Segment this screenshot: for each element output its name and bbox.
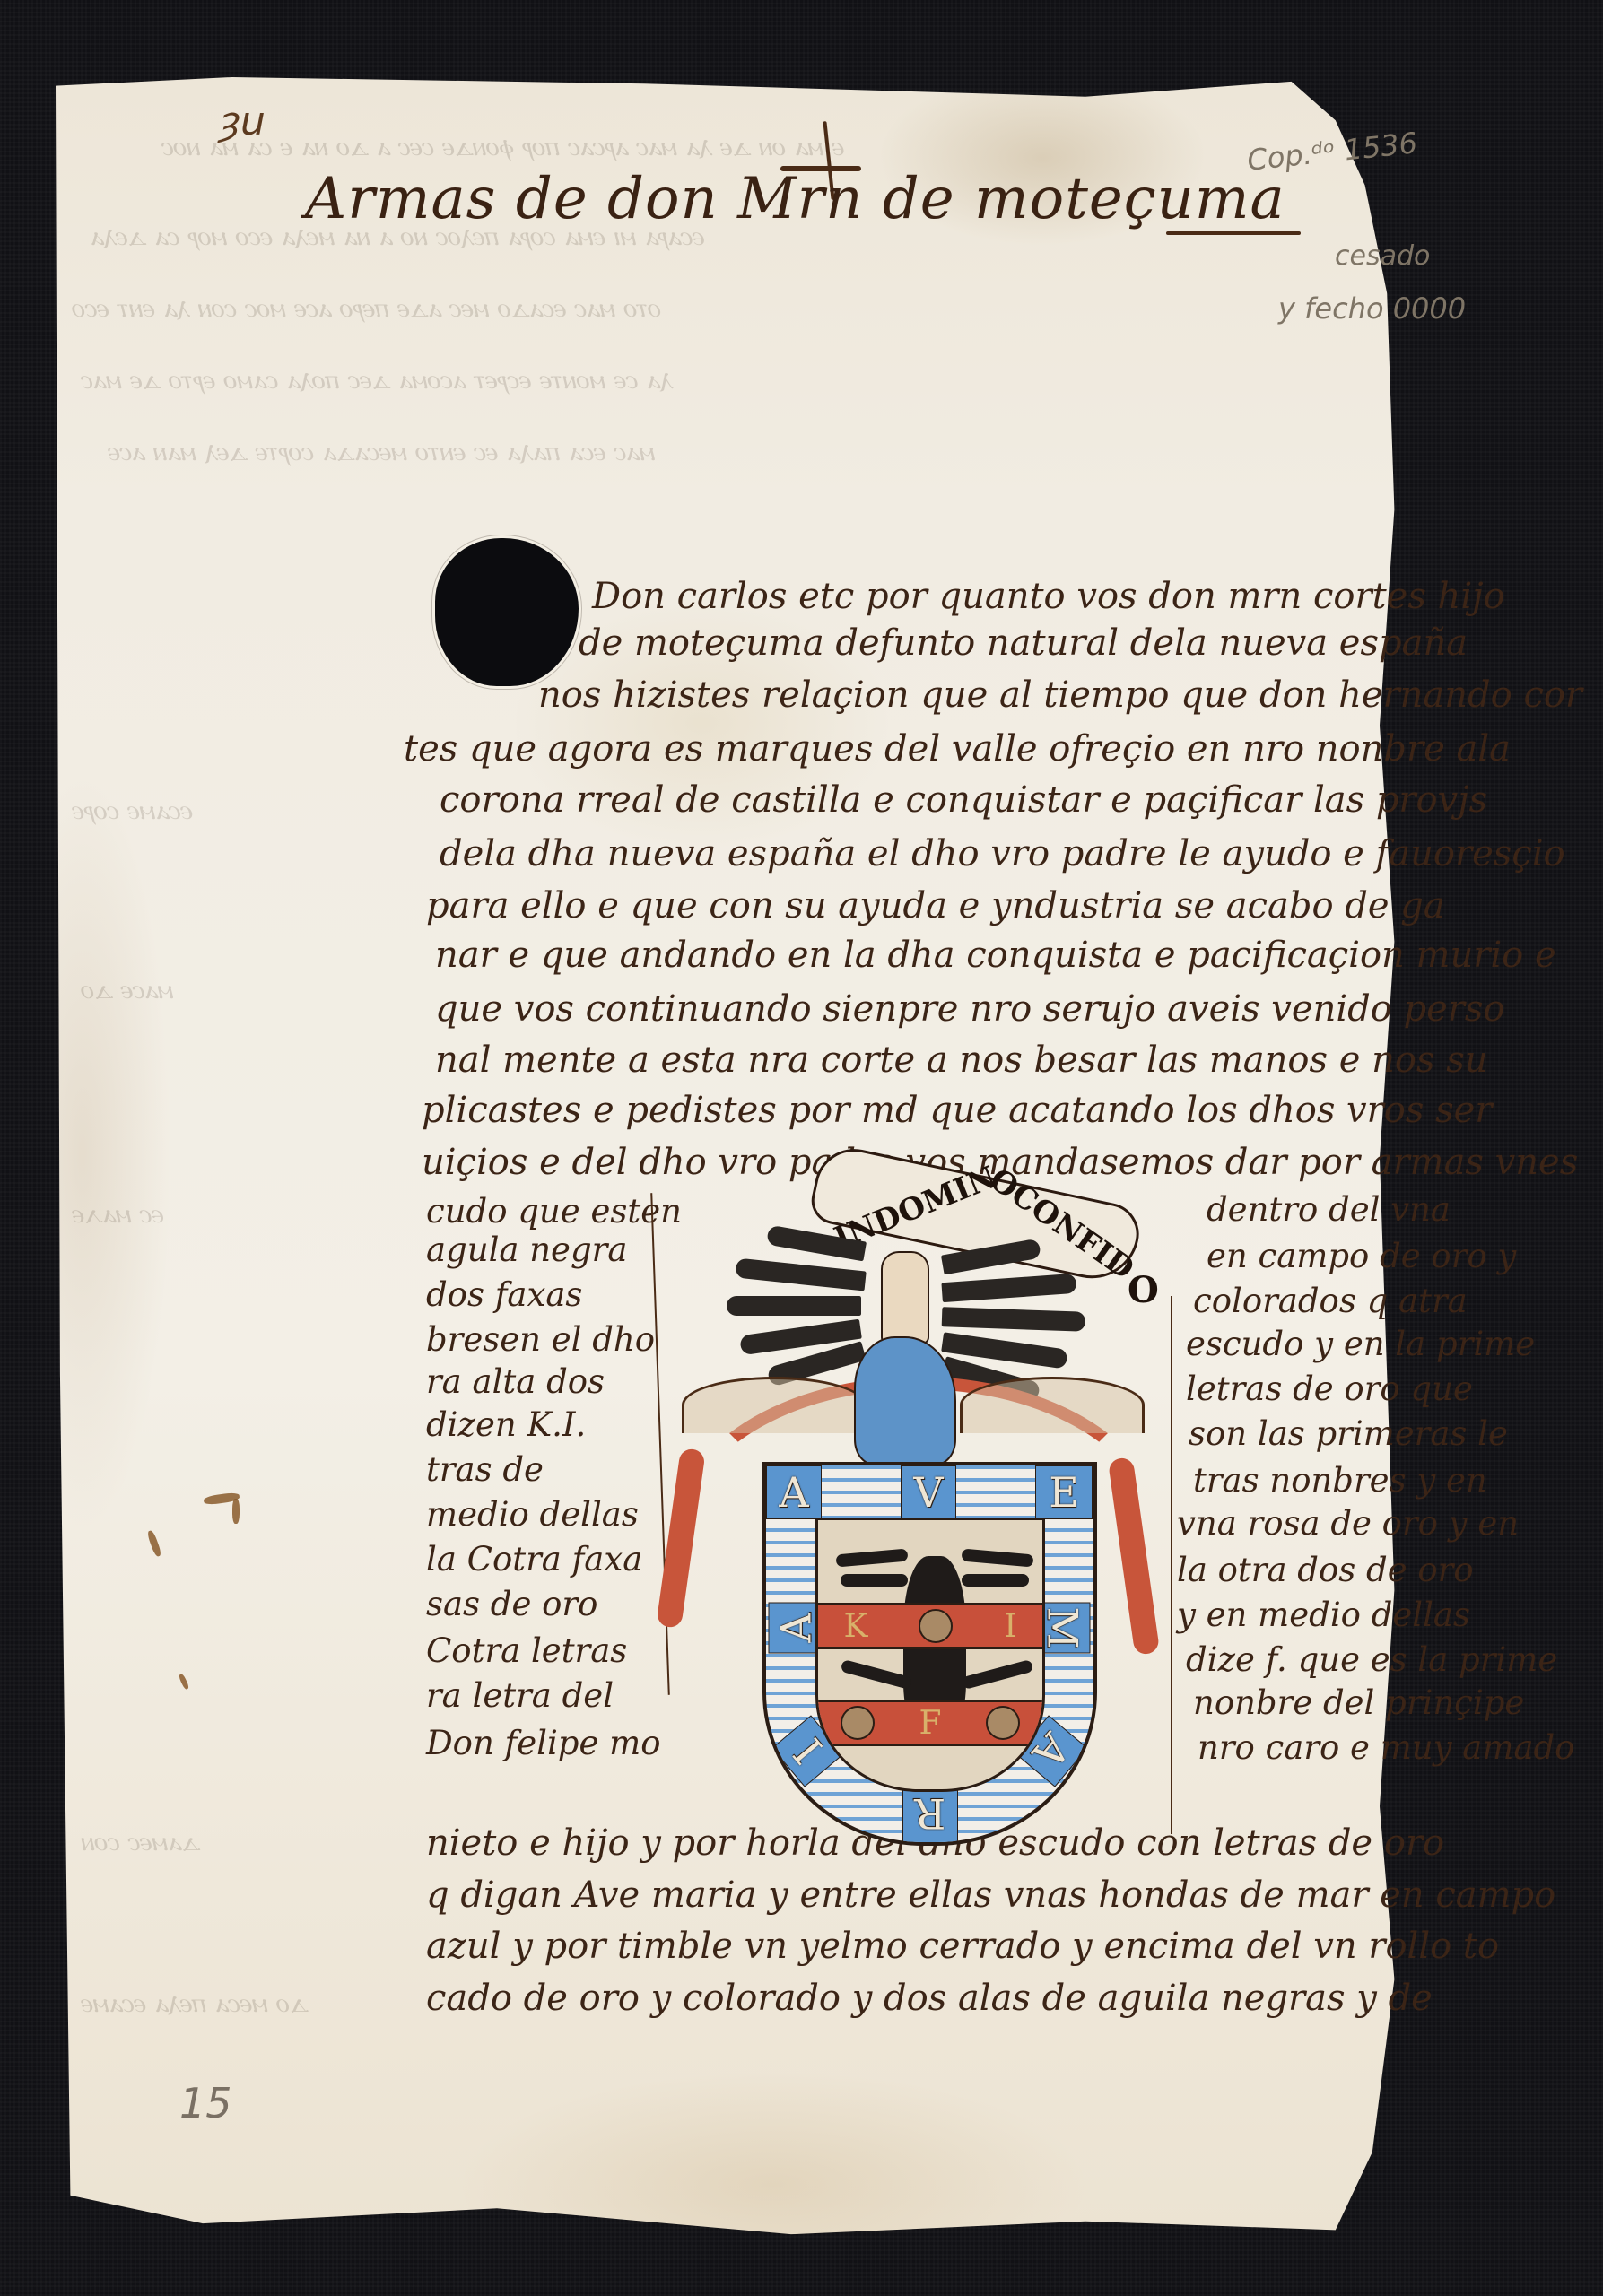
ink-stain bbox=[146, 1530, 162, 1558]
right-column-line: son las primeras le bbox=[1189, 1417, 1508, 1450]
bleedthrough-text: ⲟⲧⲟ ⲙⲁⲥ ⲉⲥⲁⲇⲟ ⲙⲉⲥ ⲁⲇⲉ ⲡⲉⲣⲟ ⲁⲥⲉ ⲙⲟⲥ ⲥⲟⲛ ⲗ… bbox=[74, 292, 663, 324]
right-column-line: escudo y en la prime bbox=[1186, 1327, 1535, 1361]
fess-letter: K bbox=[843, 1608, 867, 1645]
right-column-line: letras de oro que bbox=[1186, 1372, 1473, 1405]
right-column-line: vna rosa de oro y en bbox=[1177, 1507, 1519, 1540]
title-flourish bbox=[1166, 231, 1301, 235]
eagle-wing-icon bbox=[962, 1549, 1034, 1568]
crest-arm-icon bbox=[881, 1251, 929, 1344]
bleedthrough-text: ⲗⲁ ⲥⲉ ⲙⲟⲛⲧⲉ ⲉⲥⲣⲉⲧ ⲁⲥⲟⲙⲁ ⲇⲉⲥ ⲡⲟⲗⲁ ⲥⲁⲙⲟ ⲉⲣ… bbox=[83, 364, 674, 396]
crest-wing-icon bbox=[942, 1307, 1086, 1332]
bleedthrough-text: ⲉ ⲙⲁ ⲟⲛ ⲇⲉ ⲗⲁ ⲙⲁⲥ ⲁⲣⲥⲁⲥ ⲡⲟⲣ ⲫⲟⲛⲇⲉ ⲥⲉⲥ ⲁ … bbox=[163, 131, 846, 162]
left-column-line: dizen K.I. bbox=[426, 1408, 586, 1441]
closed-helm-icon bbox=[854, 1336, 956, 1465]
body-line: dela dha nueva españa el dho vro padre l… bbox=[440, 836, 1565, 872]
left-column-line: tras de bbox=[426, 1453, 544, 1486]
body-line: que vos continuando sienpre nro serujo a… bbox=[435, 991, 1505, 1027]
right-column-line: tras nonbres y en bbox=[1193, 1464, 1487, 1497]
bleedthrough-text: ⲇⲟ ⲙⲉⲥⲁ ⲡⲉⲗⲁ ⲉⲥⲁⲙⲉ bbox=[83, 1987, 309, 2019]
left-column-line: la Cotra faxa bbox=[426, 1543, 642, 1576]
eagle-wing-icon bbox=[836, 1549, 909, 1568]
fess-letter: F bbox=[919, 1705, 942, 1742]
bleedthrough-text: ⲉⲥ ⲙⲁⲇⲉ bbox=[74, 1198, 165, 1230]
body-line: nal mente a esta nra corte a nos besar l… bbox=[435, 1042, 1488, 1078]
body-line: corona rreal de castilla e conquistar e … bbox=[440, 782, 1487, 818]
left-column-line: agula negra bbox=[426, 1233, 627, 1266]
right-column-line: dentro del vna bbox=[1207, 1193, 1451, 1226]
right-column-line: colorados q atra bbox=[1193, 1284, 1468, 1318]
mantling-icon bbox=[960, 1377, 1145, 1433]
left-column-line: ra alta dos bbox=[426, 1365, 605, 1398]
left-column-line: medio dellas bbox=[426, 1498, 639, 1531]
right-column-line: nro caro e muy amado bbox=[1198, 1731, 1574, 1764]
crest-wing-icon bbox=[735, 1257, 867, 1291]
bordure-letter: R bbox=[902, 1784, 958, 1844]
eagle-wing-icon bbox=[962, 1574, 1029, 1587]
folio-number: 15 bbox=[179, 2079, 232, 2127]
ink-stain bbox=[232, 1499, 240, 1524]
bottom-line: cado de oro y colorado y dos alas de agu… bbox=[426, 1980, 1433, 2016]
motto-text-3: O bbox=[1128, 1269, 1159, 1311]
shield: A V E M A R I A K I F bbox=[762, 1462, 1097, 1846]
body-line: Don carlos etc por quanto vos don mrn co… bbox=[592, 578, 1505, 614]
left-column-line: dos faxas bbox=[426, 1278, 582, 1311]
enclosure-line bbox=[1171, 1296, 1172, 1834]
eagle-wing-icon bbox=[841, 1659, 913, 1690]
top-left-mark: ȝu bbox=[220, 99, 266, 144]
bleedthrough-text: ⲉⲥⲁⲙⲉ ⲥⲟⲣⲉ bbox=[74, 795, 194, 826]
right-column-line: en campo de oro y bbox=[1207, 1239, 1516, 1273]
ink-stain bbox=[178, 1674, 189, 1691]
crest-wing-icon bbox=[727, 1296, 861, 1316]
document-title: Armas de don Mrn de moteçuma bbox=[305, 166, 1285, 232]
right-column-line: nonbre del prinçipe bbox=[1193, 1686, 1524, 1719]
bordure-letter: V bbox=[901, 1465, 956, 1519]
bottom-line: azul y por timble vn yelmo cerrado y enc… bbox=[426, 1928, 1499, 1964]
bleedthrough-text: ⲙⲁⲥⲉ ⲇⲟ bbox=[83, 974, 175, 1005]
body-line: nar e que andando en la dha conquista e … bbox=[435, 937, 1556, 973]
pencil-note-2: cesado bbox=[1335, 240, 1430, 272]
lower-fess: F bbox=[818, 1700, 1042, 1746]
upper-fess: K I bbox=[818, 1603, 1042, 1649]
body-line: para ello e que con su ayuda e yndustria… bbox=[426, 888, 1445, 924]
torn-hole bbox=[435, 538, 579, 686]
right-column-line: y en medio dellas bbox=[1177, 1598, 1470, 1631]
shield-field: K I F bbox=[815, 1518, 1045, 1792]
right-column-line: dize f. que es la prime bbox=[1186, 1643, 1557, 1676]
rose-icon bbox=[841, 1706, 875, 1740]
eagle-wing-icon bbox=[962, 1659, 1034, 1690]
body-line: tes que agora es marques del valle ofreç… bbox=[404, 731, 1511, 767]
body-line: plicastes e pedistes por md que acatando… bbox=[422, 1092, 1492, 1128]
body-line: nos hizistes relaçion que al tiempo que … bbox=[538, 677, 1582, 713]
coat-of-arms: INDOMIN OCONFID O A V E M A R I A bbox=[619, 1161, 1202, 1861]
left-column-line: Cotra letras bbox=[426, 1634, 627, 1667]
pencil-note-3: y fecho 0000 bbox=[1278, 291, 1466, 326]
left-column-line: ra letra del bbox=[426, 1679, 614, 1712]
bottom-line: q digan Ave maria y entre ellas vnas hon… bbox=[426, 1877, 1555, 1913]
mantling-icon bbox=[682, 1377, 867, 1433]
fess-letter: I bbox=[1004, 1608, 1016, 1645]
left-column-line: sas de oro bbox=[426, 1587, 597, 1621]
rose-icon bbox=[986, 1706, 1020, 1740]
bleedthrough-text: ⲙⲁⲥ ⲉⲥⲁ ⲡⲁⲗⲁ ⲉⲥ ⲉⲛⲧⲟ ⲙⲉⲥⲁⲇⲁ ⲥⲟⲣⲧⲉ ⲇⲉⲗ ⲙⲁ… bbox=[109, 436, 657, 467]
bordure-letter: E bbox=[1035, 1465, 1093, 1519]
right-column-line: la otra dos de oro bbox=[1177, 1553, 1474, 1587]
crest-wing-icon bbox=[941, 1274, 1076, 1302]
bleedthrough-text: ⲇⲁⲙⲉⲥ ⲥⲟⲛ bbox=[83, 1826, 201, 1857]
bordure-letter: A bbox=[766, 1465, 822, 1519]
cross-mark-icon bbox=[780, 121, 861, 123]
eagle-wing-icon bbox=[841, 1574, 908, 1587]
rose-icon bbox=[919, 1609, 953, 1643]
body-line: de moteçuma defunto natural dela nueva e… bbox=[579, 625, 1468, 661]
